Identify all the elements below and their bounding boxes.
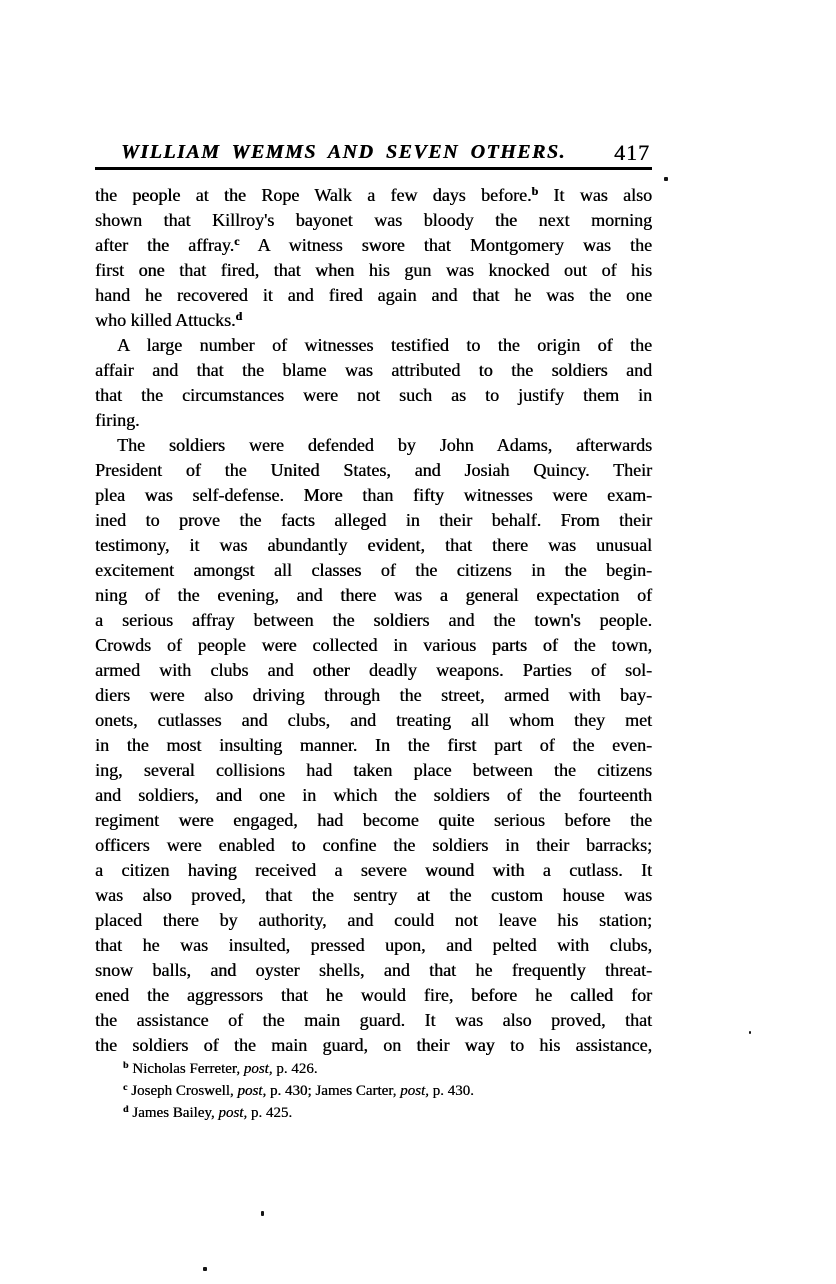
text-line: regiment were engaged, had become quite … xyxy=(95,808,652,833)
text-line: affair and that the blame was attributed… xyxy=(95,358,652,383)
header-rule xyxy=(95,167,652,170)
text-line: after the affray.c A witness swore that … xyxy=(95,233,652,258)
text-line: armed with clubs and other deadly weapon… xyxy=(95,658,652,683)
text-line: that he was insulted, pressed upon, and … xyxy=(95,933,652,958)
text-line: a citizen having received a severe wound… xyxy=(95,858,652,883)
text-line: who killed Attucks.d xyxy=(95,308,652,333)
footnotes: b Nicholas Ferreter, post, p. 426.c Jose… xyxy=(95,1058,652,1124)
text-line: the soldiers of the main guard, on their… xyxy=(95,1033,652,1058)
text-line: A large number of witnesses testified to… xyxy=(95,333,652,358)
text-line: ined to prove the facts alleged in their… xyxy=(95,508,652,533)
text-line: the people at the Rope Walk a few days b… xyxy=(95,183,652,208)
scan-speck xyxy=(664,177,668,181)
text-line: was also proved, that the sentry at the … xyxy=(95,883,652,908)
text-line: The soldiers were defended by John Adams… xyxy=(95,433,652,458)
text-line: Crowds of people were collected in vario… xyxy=(95,633,652,658)
scan-speck xyxy=(203,1267,207,1271)
text-line: a serious affray between the soldiers an… xyxy=(95,608,652,633)
text-line: President of the United States, and Josi… xyxy=(95,458,652,483)
text-line: placed there by authority, and could not… xyxy=(95,908,652,933)
running-header-title: WILLIAM WEMMS AND SEVEN OTHERS. xyxy=(95,141,592,164)
running-header: WILLIAM WEMMS AND SEVEN OTHERS. 417 xyxy=(95,134,652,166)
text-line: ning of the evening, and there was a gen… xyxy=(95,583,652,608)
text-line: officers were enabled to confine the sol… xyxy=(95,833,652,858)
text-line: hand he recovered it and fired again and… xyxy=(95,283,652,308)
text-line: diers were also driving through the stre… xyxy=(95,683,652,708)
text-line: excitement amongst all classes of the ci… xyxy=(95,558,652,583)
text-line: firing. xyxy=(95,408,652,433)
text-line: snow balls, and oyster shells, and that … xyxy=(95,958,652,983)
footnote-line: b Nicholas Ferreter, post, p. 426. xyxy=(95,1058,652,1080)
footnote-line: d James Bailey, post, p. 425. xyxy=(95,1102,652,1124)
text-line: shown that Killroy's bayonet was bloody … xyxy=(95,208,652,233)
text-line: in the most insulting manner. In the fir… xyxy=(95,733,652,758)
footnote-line: c Joseph Croswell, post, p. 430; James C… xyxy=(95,1080,652,1102)
text-line: and soldiers, and one in which the soldi… xyxy=(95,783,652,808)
text-line: ing, several collisions had taken place … xyxy=(95,758,652,783)
page-number: 417 xyxy=(614,140,650,166)
scan-speck xyxy=(749,1031,751,1034)
text-line: onets, cutlasses and clubs, and treating… xyxy=(95,708,652,733)
text-line: the assistance of the main guard. It was… xyxy=(95,1008,652,1033)
scan-speck xyxy=(261,1211,264,1216)
text-line: that the circumstances were not such as … xyxy=(95,383,652,408)
book-page: WILLIAM WEMMS AND SEVEN OTHERS. 417 the … xyxy=(0,0,836,1284)
text-line: plea was self-defense. More than fifty w… xyxy=(95,483,652,508)
text-line: first one that fired, that when his gun … xyxy=(95,258,652,283)
text-line: testimony, it was abundantly evident, th… xyxy=(95,533,652,558)
page-body: the people at the Rope Walk a few days b… xyxy=(95,183,652,1058)
text-line: ened the aggressors that he would fire, … xyxy=(95,983,652,1008)
